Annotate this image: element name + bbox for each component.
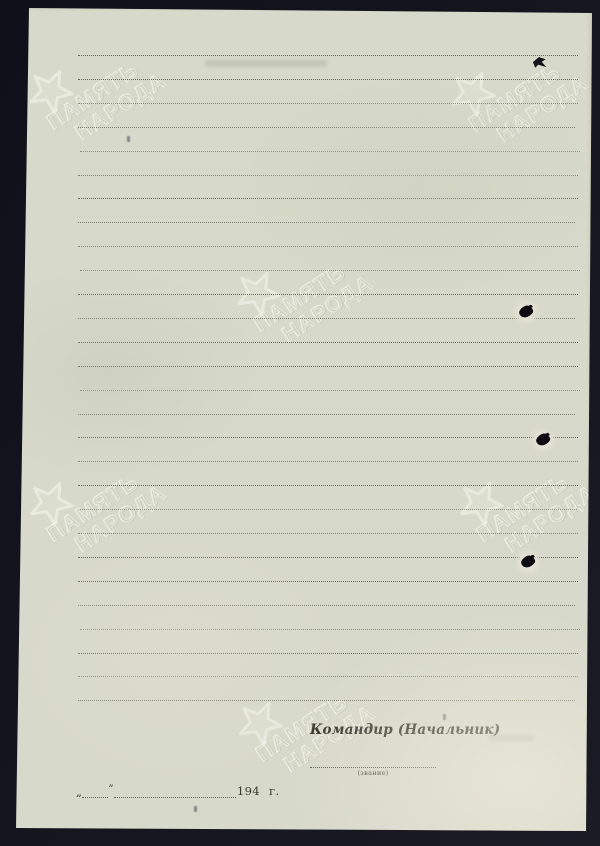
date-day-blank (82, 785, 108, 798)
watermark-pamyat-naroda: ПАМЯТЬНАРОДА (439, 6, 600, 159)
watermark-line1: ПАМЯТЬ (43, 37, 176, 134)
ink-hole-artifact (529, 426, 557, 454)
ruled-line (78, 437, 578, 438)
ruled-line (78, 318, 575, 319)
watermark-line2: НАРОДА (278, 259, 396, 346)
ruled-line (78, 246, 578, 247)
commander-title: Командир (Начальник) (310, 722, 446, 738)
ruled-line (80, 151, 580, 152)
small-mark (194, 806, 197, 812)
star-icon (440, 61, 504, 125)
ruled-line (78, 103, 578, 104)
ruled-line (78, 605, 575, 606)
watermark-pamyat-naroda: ПАМЯТЬНАРОДА (17, 4, 189, 157)
document-page: ПАМЯТЬНАРОДАПАМЯТЬНАРОДАПАМЯТЬНАРОДАПАМЯ… (0, 0, 600, 846)
ruled-line (78, 222, 575, 223)
watermark-pamyat-naroda: ПАМЯТЬНАРОДА (447, 416, 600, 569)
ink-blot (517, 304, 534, 319)
ink-hole-artifact (512, 298, 540, 326)
ruled-line (78, 485, 578, 486)
ruled-line (78, 127, 575, 128)
date-year-suffix: г. (269, 784, 279, 798)
watermark-pamyat-naroda: ПАМЯТЬНАРОДА (17, 416, 189, 569)
ruled-line (80, 629, 580, 630)
watermark-line2: НАРОДА (501, 469, 600, 556)
scan-background: ПАМЯТЬНАРОДАПАМЯТЬНАРОДАПАМЯТЬНАРОДАПАМЯ… (0, 0, 600, 846)
ruled-line (78, 533, 578, 534)
ruled-line (78, 55, 578, 56)
ruled-line (78, 557, 578, 558)
rank-caption: (звание) (310, 769, 436, 777)
date-year-prefix: 194 (237, 784, 260, 798)
watermark-line1: ПАМЯТЬ (43, 449, 176, 546)
ruled-line (80, 270, 580, 271)
star-icon (18, 471, 82, 535)
date-close-quote: ” (108, 784, 114, 795)
ruled-line (78, 366, 578, 367)
ink-blot (519, 554, 536, 569)
watermark-line1: ПАМЯТЬ (473, 449, 600, 546)
ruled-line (78, 461, 578, 462)
star-icon (18, 59, 82, 123)
ruled-line (78, 79, 578, 80)
ruled-line (78, 653, 578, 654)
ruled-line (78, 342, 578, 343)
ruled-line (78, 175, 578, 176)
date-open-quote: „ (76, 785, 82, 799)
ink-hole-artifact (514, 548, 542, 576)
watermark-line2: НАРОДА (71, 469, 189, 556)
rank-blank-line (310, 767, 436, 768)
watermark-line1: ПАМЯТЬ (250, 239, 383, 336)
ink-blot (534, 432, 551, 447)
watermark-line1: ПАМЯТЬ (465, 39, 598, 136)
ruled-line (78, 414, 575, 415)
date-line: „ ” 194 г. (76, 784, 280, 798)
small-mark (127, 136, 130, 142)
pencil-smudge (205, 60, 327, 67)
ink-speck-artifact (532, 56, 546, 69)
watermark-line2: НАРОДА (71, 57, 189, 144)
date-month-blank (114, 785, 236, 798)
signature-block: Командир (Начальник) (звание) (310, 722, 446, 777)
ruled-line (78, 676, 578, 677)
ruled-line (78, 294, 578, 295)
star-icon (448, 471, 512, 535)
ruled-line (80, 390, 580, 391)
ruled-line (78, 581, 578, 582)
ruled-line (78, 700, 575, 701)
ruled-line (78, 198, 578, 199)
watermark-pamyat-naroda: ПАМЯТЬНАРОДА (224, 206, 396, 359)
small-mark (443, 714, 446, 720)
ruled-line (80, 509, 577, 510)
